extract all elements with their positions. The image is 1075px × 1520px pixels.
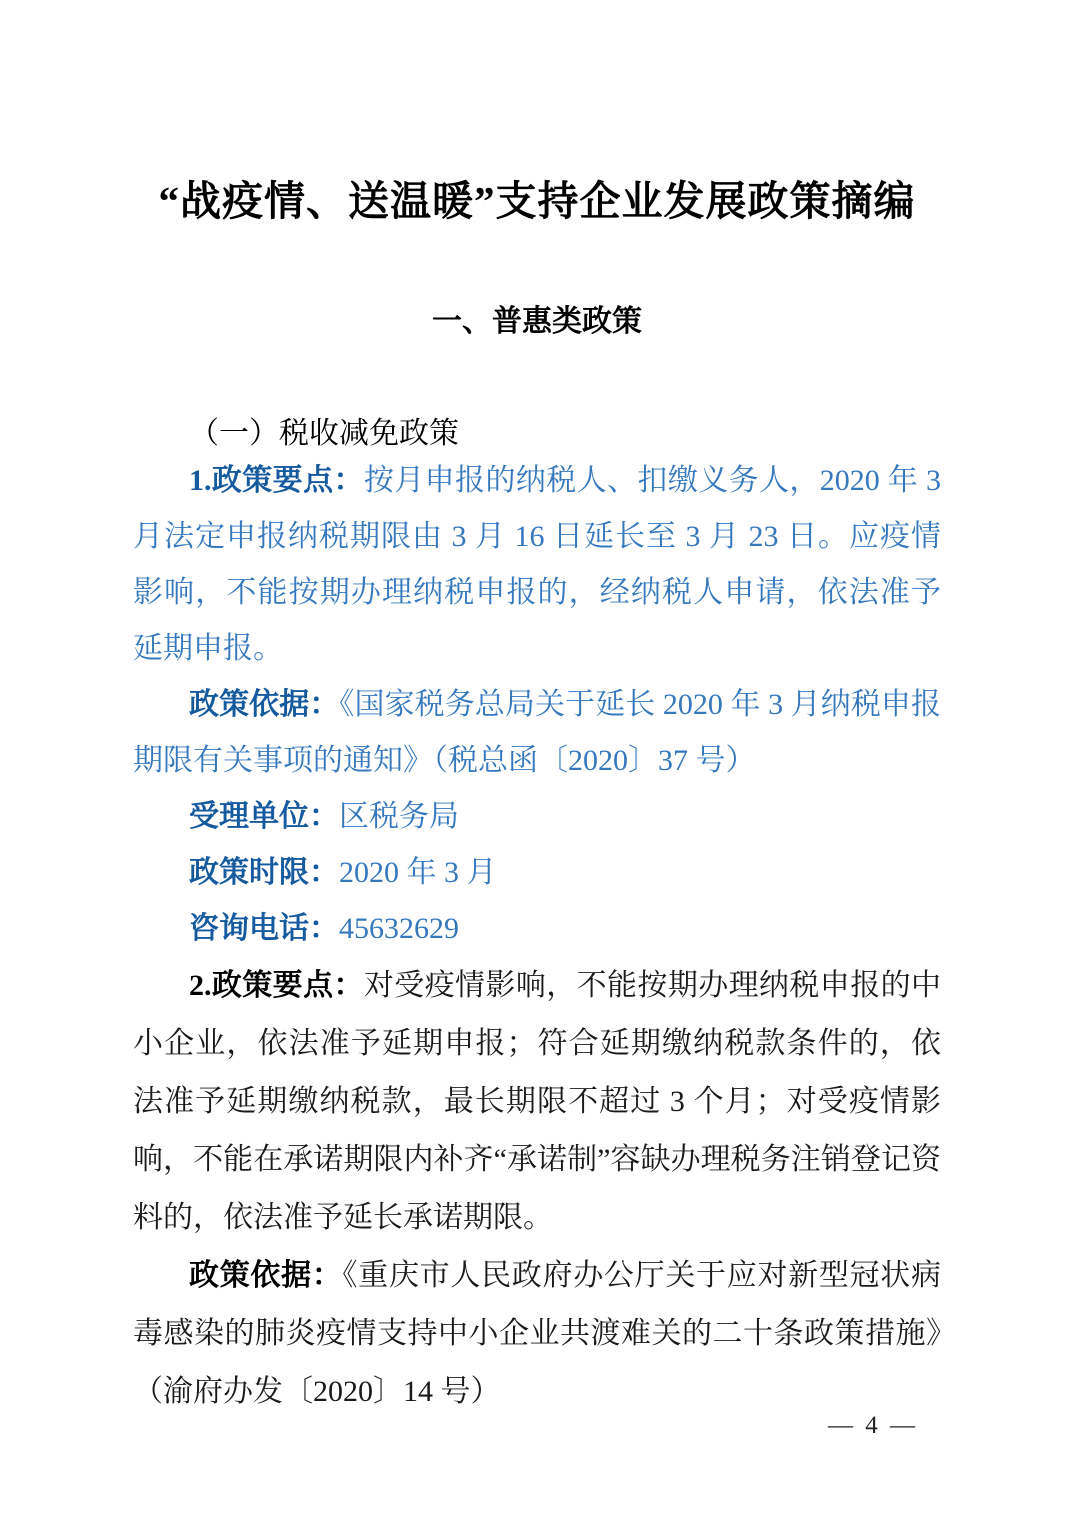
policy-1-phone-paragraph: 咨询电话：45632629 xyxy=(133,901,941,957)
policy-1-basis-paragraph: 政策依据：《国家税务总局关于延长 2020 年 3 月纳税申报期限有关事项的通知… xyxy=(133,677,941,789)
policy-1-unit-paragraph: 受理单位：区税务局 xyxy=(133,789,941,845)
policy-2-basis-label: 政策依据： xyxy=(189,1259,343,1292)
policy-2-key-points-label: 2.政策要点： xyxy=(189,969,364,1002)
policy-1-unit-text: 区税务局 xyxy=(339,800,459,833)
page-title: “战疫情、送温暖”支持企业发展政策摘编 xyxy=(133,0,941,228)
document-page: “战疫情、送温暖”支持企业发展政策摘编 一、普惠类政策 （一）税收减免政策 1.… xyxy=(0,0,1075,1520)
policy-1-period-text: 2020 年 3 月 xyxy=(339,856,497,889)
policy-1-unit-label: 受理单位： xyxy=(189,800,339,833)
policy-2-key-points-paragraph: 2.政策要点：对受疫情影响，不能按期办理纳税申报的中小企业，依法准予延期申报；符… xyxy=(133,957,941,1247)
policy-2-basis-paragraph: 政策依据：《重庆市人民政府办公厅关于应对新型冠状病毒感染的肺炎疫情支持中小企业共… xyxy=(133,1247,941,1421)
policy-1-phone-label: 咨询电话： xyxy=(189,912,339,945)
policy-1-key-points-paragraph: 1.政策要点：按月申报的纳税人、扣缴义务人，2020 年 3 月法定申报纳税期限… xyxy=(133,453,941,677)
subsection-heading: （一）税收减免政策 xyxy=(133,414,941,453)
section-heading: 一、普惠类政策 xyxy=(133,302,941,341)
page-number: — 4 — xyxy=(828,1412,918,1440)
policy-1-key-points-label: 1.政策要点： xyxy=(189,464,364,497)
policy-1-period-paragraph: 政策时限：2020 年 3 月 xyxy=(133,845,941,901)
policy-1-phone-text: 45632629 xyxy=(339,912,459,945)
policy-2-key-points-text: 对受疫情影响，不能按期办理纳税申报的中小企业，依法准予延期申报；符合延期缴纳税款… xyxy=(133,969,941,1234)
policy-1-basis-label: 政策依据： xyxy=(189,688,339,721)
policy-1-period-label: 政策时限： xyxy=(189,856,339,889)
